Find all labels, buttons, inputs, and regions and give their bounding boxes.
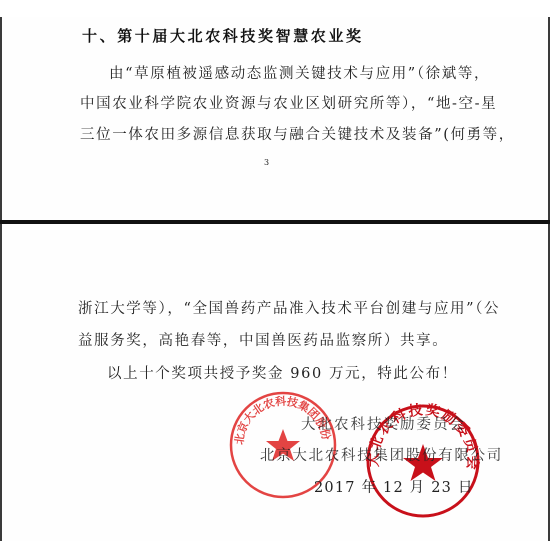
body-line: 三位一体农田多源信息获取与融合关键技术及装备”(何勇等， <box>80 123 515 144</box>
signature-org-committee: 大北农科技奖励委员会 <box>301 413 466 434</box>
signature-date: 2017 年 12 月 23 日 <box>314 476 474 497</box>
body-line: 浙江大学等），“全国兽药产品准入技术平台创建与应用”（公 <box>78 297 500 318</box>
body-line: 益服务奖，高艳春等，中国兽医药品监察所）共享。 <box>78 329 448 350</box>
section-heading: 十、第十届大北农科技奖智慧农业奖 <box>82 25 364 46</box>
top-margin <box>0 0 550 17</box>
document-page-1: 十、第十届大北农科技奖智慧农业奖 由“草原植被遥感动态监测关键技术与应用”（徐斌… <box>0 17 550 220</box>
body-line: 中国农业科学院农业资源与农业区划研究所等），“地-空-星 <box>80 92 497 113</box>
body-line: 以上十个奖项共授予奖金 960 万元，特此公布！ <box>107 362 458 383</box>
signature-org-company: 北京大北农科技集团股份有限公司 <box>260 444 503 465</box>
body-line: 由“草原植被遥感动态监测关键技术与应用”（徐斌等， <box>109 62 490 83</box>
document-page-2: 浙江大学等），“全国兽药产品准入技术平台创建与应用”（公 益服务奖，高艳春等，中… <box>0 224 550 541</box>
page-number: 3 <box>264 158 269 167</box>
